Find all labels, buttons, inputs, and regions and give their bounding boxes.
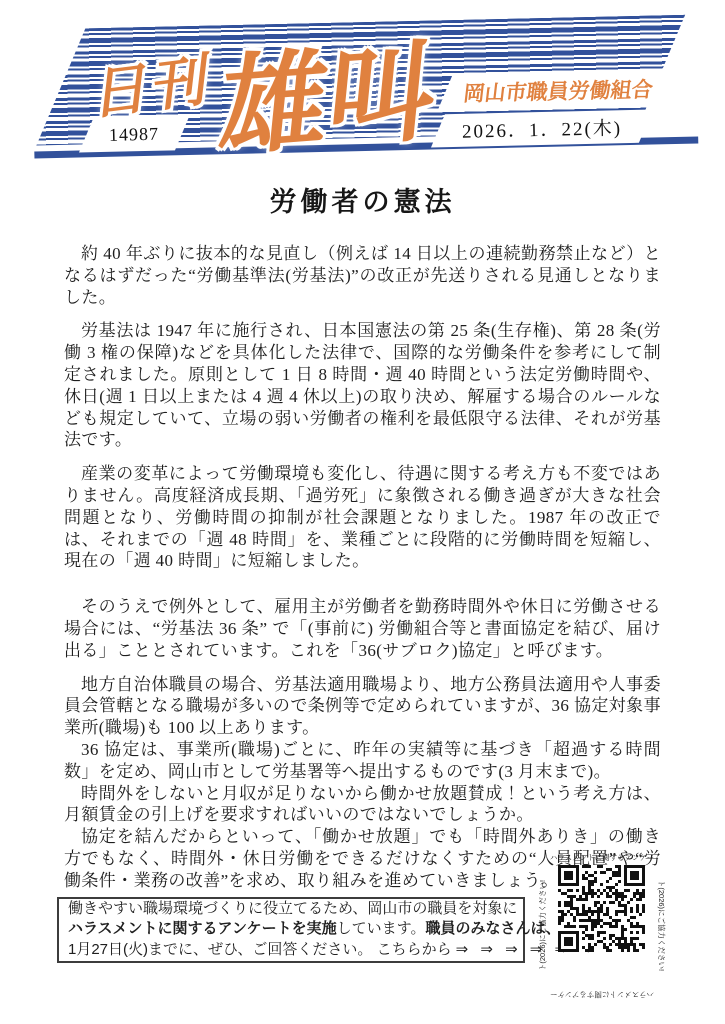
- masthead-banner: 14987 岡山市職員労働組合 2026．1．22(木) 日刊 雄叫: [0, 0, 725, 170]
- notice-line-2-bold: ハラスメントに関するアンケートを実施: [68, 920, 337, 937]
- date-box: 2026．1．22(木): [431, 109, 653, 147]
- paragraph: 約 40 年ぶりに抜本的な見直し（例えば 14 日以上の連続勤務禁止など）となる…: [64, 243, 661, 308]
- publication-type-logo: 日刊: [90, 34, 217, 131]
- survey-qr-block: ハラスメントに関するアンケー ト(2026)にご協力ください! ハラスメントに関…: [538, 852, 666, 1000]
- paragraph: 36 協定は、事業所(職場)ごとに、昨年の実績等に基づき「超過する時間数」を定め…: [64, 739, 661, 783]
- survey-notice-box: 働きやすい職場環境づくりに役立てるため、岡山市の職員を対象に ハラスメントに関す…: [57, 897, 525, 963]
- article-title: 労働者の憲法: [64, 180, 661, 219]
- newsletter-page: 14987 岡山市職員労働組合 2026．1．22(木) 日刊 雄叫 労働者の憲…: [0, 0, 725, 1024]
- notice-line-1: 働きやすい職場環境づくりに役立てるため、岡山市の職員を対象に: [68, 900, 514, 920]
- notice-line-3-text: 1月27日(火)までに、ぜひ、ご回答ください。 こちらから: [68, 941, 452, 958]
- notice-line-2-normal: しています。: [337, 921, 426, 937]
- paragraph: 地方自治体職員の場合、労基法適用職場より、地方公務員法適用や人事委員会管轄となる…: [64, 674, 661, 739]
- issue-date: 2026．1．22(木): [462, 113, 623, 144]
- newsletter-title-logo: 雄叫: [213, 4, 444, 177]
- notice-line-2: ハラスメントに関するアンケートを実施しています。職員のみなさんは、: [68, 919, 514, 940]
- paragraph: そのうえで例外として、雇用主が労働者を勤務時間外や休日に労働させる場合には、“労…: [64, 596, 661, 661]
- organization-name: 岡山市職員労働組合: [462, 73, 654, 107]
- organization-band: 岡山市職員労働組合: [437, 69, 679, 111]
- qr-caption-left: ト(2026)にご協力ください!: [537, 880, 548, 971]
- qr-code: [558, 865, 645, 952]
- qr-caption-bottom: ハラスメントに関するアンケー: [550, 989, 654, 1000]
- paragraph: 産業の変革によって労働環境も変化し、待遇に関する考え方も不変ではありません。高度…: [64, 463, 661, 572]
- paragraph: 労基法は 1947 年に施行され、日本国憲法の第 25 条(生存権)、第 28 …: [64, 320, 661, 451]
- notice-line-3: 1月27日(火)までに、ぜひ、ご回答ください。 こちらから⇒ ⇒ ⇒ ⇒ ⇒ ⇒: [68, 940, 514, 961]
- masthead-inner: 14987 岡山市職員労働組合 2026．1．22(木) 日刊 雄叫: [31, 12, 698, 167]
- qr-caption-top: ハラスメントに関するアンケー: [550, 852, 654, 863]
- qr-caption-right: ト(2026)にご協力ください!: [656, 880, 667, 971]
- paragraph: 時間外をしないと月収が足りないから働かせ放題賛成！という考え方は、月額賃金の引上…: [64, 783, 661, 827]
- article-body: 労働者の憲法 約 40 年ぶりに抜本的な見直し（例えば 14 日以上の連続勤務禁…: [64, 180, 661, 892]
